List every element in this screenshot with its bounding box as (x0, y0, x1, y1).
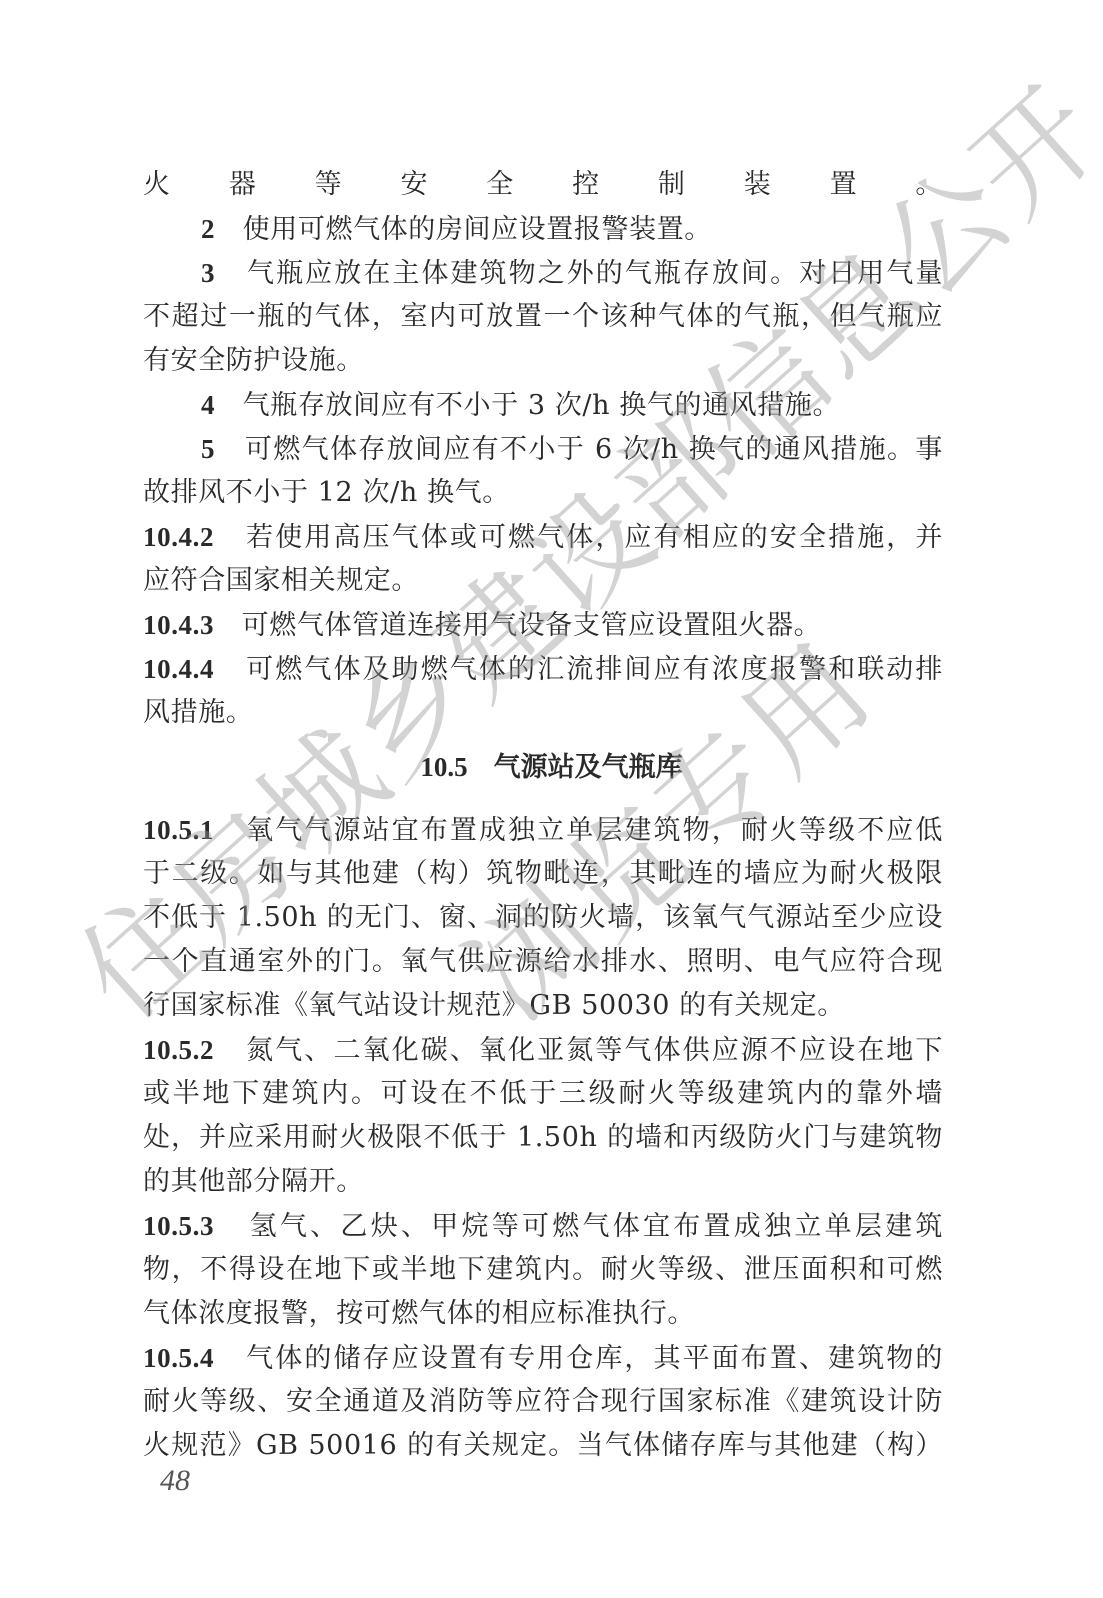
clause: 10.4.2 若使用高压气体或可燃气体，应有相应的安全措施，并 (143, 515, 943, 559)
text-line: 应符合国家相关规定。 (143, 559, 943, 603)
clause: 10.5.4 气体的储存应设置有专用仓库，其平面布置、建筑物的 (143, 1336, 943, 1380)
section-title: 气源站及气瓶库 (494, 752, 683, 783)
clause-number: 10.5.3 (143, 1211, 214, 1241)
text-line: 火器等安全控制装置。 (143, 163, 943, 207)
text-line: 火规范》GB 50016 的有关规定。当气体储存库与其他建（构） (143, 1424, 943, 1468)
clause-number: 10.4.4 (143, 654, 214, 684)
text-line: 气体浓度报警，按可燃气体的相应标准执行。 (143, 1292, 943, 1336)
clause: 10.5.1 氧气气源站宜布置成独立单层建筑物，耐火等级不应低 (143, 808, 943, 852)
clause-number: 10.5.2 (143, 1035, 214, 1065)
clause-number: 10.4.3 (143, 610, 214, 640)
list-item: 2 使用可燃气体的房间应设置报警装置。 (143, 207, 943, 251)
clause: 10.4.3 可燃气体管道连接用气设备支管应设置阻火器。 (143, 603, 943, 647)
text-line: 于二级。如与其他建（构）筑物毗连，其毗连的墙应为耐火极限 (143, 852, 943, 896)
clause: 10.5.3 氢气、乙炔、甲烷等可燃气体宜布置成独立单层建筑 (143, 1204, 943, 1248)
text-line: 处，并应采用耐火极限不低于 1.50h 的墙和丙级防火门与建筑物 (143, 1116, 943, 1160)
clause-number: 10.5.4 (143, 1343, 214, 1373)
text-line: 故排风不小于 12 次/h 换气。 (143, 471, 943, 515)
item-number: 5 (201, 434, 215, 464)
clause-number: 10.5.1 (143, 815, 214, 845)
text-line: 物，不得设在地下或半地下建筑内。耐火等级、泄压面积和可燃 (143, 1248, 943, 1292)
list-item: 3 气瓶应放在主体建筑物之外的气瓶存放间。对日用气量 (143, 251, 943, 295)
text-line: 或半地下建筑内。可设在不低于三级耐火等级建筑内的靠外墙 (143, 1072, 943, 1116)
text-line: 的其他部分隔开。 (143, 1160, 943, 1204)
text-line: 有安全防护设施。 (143, 339, 943, 383)
text-line: 耐火等级、安全通道及消防等应符合现行国家标准《建筑设计防 (143, 1380, 943, 1424)
section-number: 10.5 (420, 752, 467, 782)
document-page: 火器等安全控制装置。 2 使用可燃气体的房间应设置报警装置。 3 气瓶应放在主体… (0, 0, 1103, 1598)
list-item: 5 可燃气体存放间应有不小于 6 次/h 换气的通风措施。事 (143, 427, 943, 471)
text-line: 不低于 1.50h 的无门、窗、洞的防火墙，该氧气气源站至少应设 (143, 896, 943, 940)
text-line: 行国家标准《氧气站设计规范》GB 50030 的有关规定。 (143, 984, 943, 1028)
text-line: 一个直通室外的门。氧气供应源给水排水、照明、电气应符合现 (143, 940, 943, 984)
text-line: 风措施。 (143, 691, 943, 735)
item-number: 4 (201, 390, 215, 420)
page-number: 48 (160, 1464, 190, 1498)
clause: 10.5.2 氮气、二氧化碳、氧化亚氮等气体供应源不应设在地下 (143, 1028, 943, 1072)
item-number: 2 (201, 214, 215, 244)
clause-number: 10.4.2 (143, 522, 214, 552)
text-line: 不超过一瓶的气体，室内可放置一个该种气体的气瓶，但气瓶应 (143, 295, 943, 339)
clause: 10.4.4 可燃气体及助燃气体的汇流排间应有浓度报警和联动排 (143, 647, 943, 691)
list-item: 4 气瓶存放间应有不小于 3 次/h 换气的通风措施。 (143, 383, 943, 427)
section-heading: 10.5气源站及气瓶库 (0, 745, 1103, 790)
item-number: 3 (201, 258, 215, 288)
